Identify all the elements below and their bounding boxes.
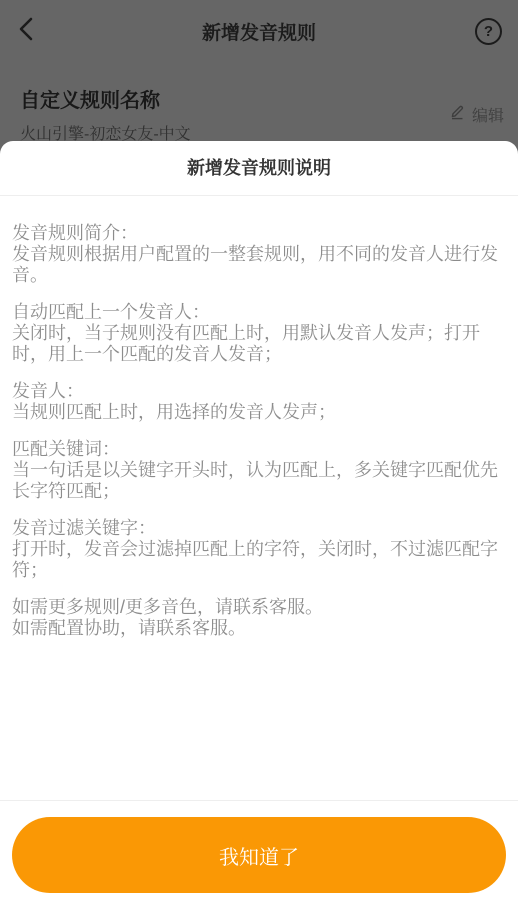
- paragraph-keyword-match: 匹配关键词： 当一句话是以关键字开头时，认为匹配上，多关键字匹配优先长字符匹配；: [12, 439, 506, 502]
- modal-title: 新增发音规则说明: [0, 141, 518, 196]
- app-screen: 新增发音规则 ? 自定义规则名称 火山引擎-初恋女友-中文 编辑: [0, 0, 518, 900]
- paragraph-contact-support: 如需更多规则/更多音色，请联系客服。 如需配置协助，请联系客服。: [12, 597, 506, 639]
- confirm-button[interactable]: 我知道了: [12, 817, 506, 893]
- paragraph-intro: 发音规则简介： 发音规则根据用户配置的一整套规则，用不同的发音人进行发音。: [12, 223, 506, 286]
- modal-body: 发音规则简介： 发音规则根据用户配置的一整套规则，用不同的发音人进行发音。 自动…: [0, 196, 518, 800]
- modal-footer: 我知道了: [0, 800, 518, 900]
- paragraph-speaker: 发音人： 当规则匹配上时，用选择的发音人发声；: [12, 381, 506, 423]
- help-bottom-sheet: 新增发音规则说明 发音规则简介： 发音规则根据用户配置的一整套规则，用不同的发音…: [0, 141, 518, 900]
- paragraph-filter-keyword: 发音过滤关键字： 打开时，发音会过滤掉匹配上的字符，关闭时，不过滤匹配字符；: [12, 518, 506, 581]
- paragraph-auto-match: 自动匹配上一个发音人： 关闭时，当子规则没有匹配上时，用默认发音人发声；打开时，…: [12, 302, 506, 365]
